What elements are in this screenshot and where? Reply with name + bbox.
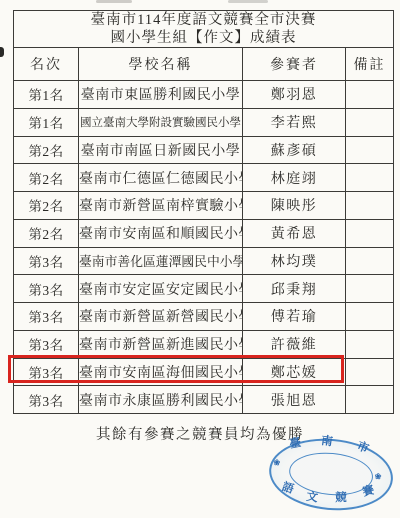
remark-cell — [346, 81, 394, 109]
header-school: 學校名稱 — [79, 48, 243, 81]
contestant-cell: 張旭恩 — [243, 386, 346, 414]
header-row: 名次 學校名稱 參賽者 備註 — [14, 48, 394, 81]
table-row: 第1名 國立臺南大學附設實驗國民小學 李若熙 — [14, 108, 394, 136]
school-cell: 臺南市仁德區仁德國民小學 — [79, 164, 243, 192]
rank-cell: 第3名 — [14, 358, 79, 386]
official-stamp: 臺 南 市 ❀ ❀ 語 文 競 賽 — [265, 433, 398, 518]
document-title: 臺南市114年度語文競賽全市決賽 國小學生組【作文】成績表 — [14, 11, 394, 48]
rank-cell: 第2名 — [14, 164, 79, 192]
school-cell: 臺南市永康區勝利國民小學 — [79, 386, 243, 414]
remark-cell — [346, 247, 394, 275]
title-line-2: 國小學生組【作文】成績表 — [14, 29, 393, 47]
school-cell: 臺南市東區勝利國民小學 — [79, 81, 243, 109]
remark-cell — [346, 275, 394, 303]
stamp-char-bottom: 競 — [335, 493, 347, 505]
header-rank: 名次 — [14, 48, 79, 81]
scanned-document-page: 臺南市114年度語文競賽全市決賽 國小學生組【作文】成績表 名次 學校名稱 參賽… — [0, 0, 400, 518]
table-row: 第3名 臺南市新營區新進國民小學 許薇維 — [14, 330, 394, 358]
title-line-1: 臺南市114年度語文競賽全市決賽 — [14, 11, 393, 29]
school-cell: 臺南市新營區南梓實驗小學 — [79, 192, 243, 220]
school-cell: 臺南市安南區海佃國民小學 — [79, 358, 243, 386]
table-row: 第2名 臺南市新營區南梓實驗小學 陳映彤 — [14, 192, 394, 220]
rank-cell: 第2名 — [14, 219, 79, 247]
header-contestant: 參賽者 — [243, 48, 346, 81]
scan-artifact-streak — [228, 0, 268, 3]
school-cell: 臺南市安定區安定國民小學 — [79, 275, 243, 303]
rank-cell: 第3名 — [14, 247, 79, 275]
contestant-cell: 鄭羽恩 — [243, 81, 346, 109]
table-row: 第1名 臺南市東區勝利國民小學 鄭羽恩 — [14, 81, 394, 109]
remark-cell — [346, 303, 394, 331]
table-row: 第3名 臺南市永康區勝利國民小學 張旭恩 — [14, 386, 394, 414]
remark-cell — [346, 164, 394, 192]
rank-cell: 第1名 — [14, 81, 79, 109]
contestant-cell: 黃希恩 — [243, 219, 346, 247]
contestant-cell: 蘇彥碩 — [243, 136, 346, 164]
rank-cell: 第1名 — [14, 108, 79, 136]
table-row: 第3名 臺南市安定區安定國民小學 邱秉翔 — [14, 275, 394, 303]
table-row: 第2名 臺南市安南區和順國民小學 黃希恩 — [14, 219, 394, 247]
remark-cell — [346, 330, 394, 358]
school-cell: 臺南市安南區和順國民小學 — [79, 219, 243, 247]
table-row: 第3名 臺南市安南區海佃國民小學 鄭芯媛 — [14, 358, 394, 386]
remark-cell — [346, 386, 394, 414]
contestant-cell: 許薇維 — [243, 330, 346, 358]
contestant-cell: 陳映彤 — [243, 192, 346, 220]
header-remark: 備註 — [346, 48, 394, 81]
school-cell: 臺南市南區日新國民小學 — [79, 136, 243, 164]
remark-cell — [346, 108, 394, 136]
contestant-cell: 傅若瑜 — [243, 303, 346, 331]
remark-cell — [346, 219, 394, 247]
remark-cell — [346, 358, 394, 386]
school-cell: 臺南市新營區新營國民小學 — [79, 303, 243, 331]
stamp-flower-icon: ❀ — [374, 473, 381, 482]
contestant-cell: 邱秉翔 — [243, 275, 346, 303]
table-row: 第2名 臺南市仁德區仁德國民小學 林庭翊 — [14, 164, 394, 192]
contestant-cell: 林庭翊 — [243, 164, 346, 192]
rank-cell: 第2名 — [14, 136, 79, 164]
rank-cell: 第3名 — [14, 330, 79, 358]
table-row: 第3名 臺南市新營區新營國民小學 傅若瑜 — [14, 303, 394, 331]
contestant-cell: 李若熙 — [243, 108, 346, 136]
stamp-char-bottom: 文 — [305, 492, 318, 505]
results-table: 臺南市114年度語文競賽全市決賽 國小學生組【作文】成績表 名次 學校名稱 參賽… — [13, 10, 394, 414]
remark-cell — [346, 192, 394, 220]
remark-cell — [346, 136, 394, 164]
rank-cell: 第3名 — [14, 275, 79, 303]
school-cell: 國立臺南大學附設實驗國民小學 — [79, 108, 243, 136]
scan-artifact-streak — [96, 0, 132, 3]
rank-cell: 第3名 — [14, 303, 79, 331]
stamp-char-top: 南 — [320, 436, 333, 449]
title-row: 臺南市114年度語文競賽全市決賽 國小學生組【作文】成績表 — [14, 11, 394, 48]
table-row: 第3名 臺南市善化區蓮潭國民中小學 林均璞 — [14, 247, 394, 275]
stamp-char-top: 臺 — [289, 438, 302, 451]
table-row: 第2名 臺南市南區日新國民小學 蘇彥碩 — [14, 136, 394, 164]
contestant-cell: 林均璞 — [243, 247, 346, 275]
results-body: 第1名 臺南市東區勝利國民小學 鄭羽恩 第1名 國立臺南大學附設實驗國民小學 李… — [14, 81, 394, 414]
contestant-cell: 鄭芯媛 — [243, 358, 346, 386]
scan-artifact-blob — [0, 47, 4, 57]
stamp-flower-icon: ❀ — [273, 459, 280, 468]
rank-cell: 第3名 — [14, 386, 79, 414]
rank-cell: 第2名 — [14, 192, 79, 220]
school-cell: 臺南市善化區蓮潭國民中小學 — [79, 247, 243, 275]
school-cell: 臺南市新營區新進國民小學 — [79, 330, 243, 358]
